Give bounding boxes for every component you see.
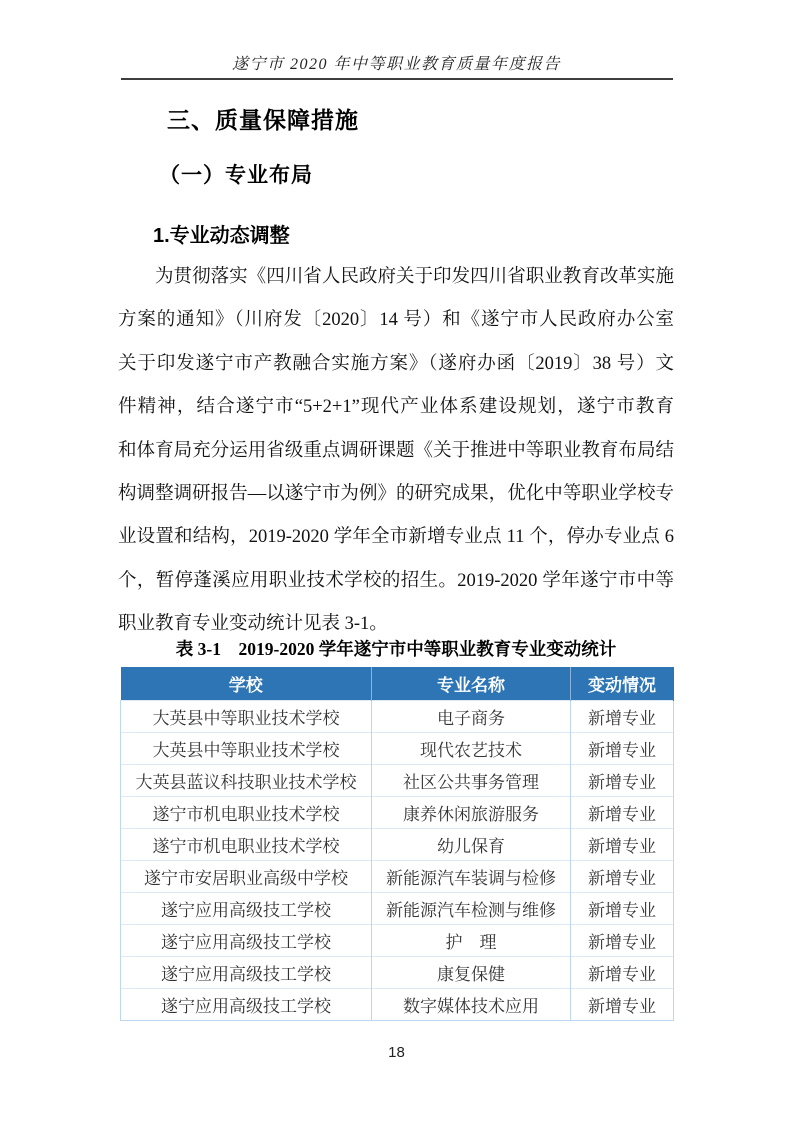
table-row: 大英县中等职业技术学校 现代农艺技术 新增专业 <box>121 733 674 765</box>
cell-major: 新能源汽车装调与检修 <box>372 861 571 893</box>
cell-school: 遂宁应用高级技工学校 <box>121 893 372 925</box>
cell-change: 新增专业 <box>571 733 674 765</box>
table-row: 遂宁应用高级技工学校 护 理 新增专业 <box>121 925 674 957</box>
header-cell-major: 专业名称 <box>372 667 571 701</box>
table-row: 遂宁应用高级技工学校 康复保健 新增专业 <box>121 957 674 989</box>
cell-change: 新增专业 <box>571 829 674 861</box>
cell-change: 新增专业 <box>571 765 674 797</box>
cell-major: 护 理 <box>372 925 571 957</box>
cell-major: 新能源汽车检测与维修 <box>372 893 571 925</box>
paragraph-line: 构调整调研报告—以遂宁市为例》的研究成果，优化中等职业学校专 <box>118 473 674 516</box>
page-number: 18 <box>0 1044 793 1061</box>
table-row: 遂宁市机电职业技术学校 康养休闲旅游服务 新增专业 <box>121 797 674 829</box>
header-cell-school: 学校 <box>121 667 372 701</box>
document-page: 遂宁市 2020 年中等职业教育质量年度报告 三、质量保障措施 （一）专业布局 … <box>0 0 793 1122</box>
table-row: 大英县蓝议科技职业技术学校 社区公共事务管理 新增专业 <box>121 765 674 797</box>
cell-major: 康复保健 <box>372 957 571 989</box>
section-heading: 三、质量保障措施 <box>167 102 359 135</box>
table-row: 遂宁应用高级技工学校 数字媒体技术应用 新增专业 <box>121 989 674 1021</box>
cell-school: 遂宁应用高级技工学校 <box>121 925 372 957</box>
paragraph-line: 件精神，结合遂宁市“5+2+1”现代产业体系建设规划，遂宁市教育 <box>118 386 674 429</box>
table-caption: 表 3-1 2019-2020 学年遂宁市中等职业教育专业变动统计 <box>118 636 674 661</box>
paragraph-line: 业设置和结构，2019-2020 学年全市新增专业点 11 个，停办专业点 6 <box>118 516 674 559</box>
table-header-row: 学校 专业名称 变动情况 <box>121 667 674 701</box>
cell-major: 康养休闲旅游服务 <box>372 797 571 829</box>
item-heading: 1.专业动态调整 <box>153 219 290 248</box>
cell-change: 新增专业 <box>571 957 674 989</box>
cell-change: 新增专业 <box>571 701 674 733</box>
header-rule <box>121 78 673 80</box>
cell-school: 遂宁市机电职业技术学校 <box>121 797 372 829</box>
cell-school: 遂宁应用高级技工学校 <box>121 957 372 989</box>
paragraph-line: 个，暂停蓬溪应用职业技术学校的招生。2019-2020 学年遂宁市中等 <box>118 560 674 603</box>
cell-school: 遂宁市机电职业技术学校 <box>121 829 372 861</box>
cell-school: 遂宁市安居职业高级中学校 <box>121 861 372 893</box>
paragraph-line: 为贯彻落实《四川省人民政府关于印发四川省职业教育改革实施 <box>118 256 674 299</box>
cell-school: 大英县蓝议科技职业技术学校 <box>121 765 372 797</box>
cell-major: 幼儿保育 <box>372 829 571 861</box>
cell-school: 遂宁应用高级技工学校 <box>121 989 372 1021</box>
cell-change: 新增专业 <box>571 797 674 829</box>
subsection-heading: （一）专业布局 <box>159 159 313 189</box>
paragraph-line: 关于印发遂宁市产教融合实施方案》（遂府办函〔2019〕38 号）文 <box>118 343 674 386</box>
paragraph-line: 方案的通知》（川府发〔2020〕14 号）和《遂宁市人民政府办公室 <box>118 299 674 342</box>
cell-change: 新增专业 <box>571 893 674 925</box>
cell-change: 新增专业 <box>571 925 674 957</box>
cell-major: 电子商务 <box>372 701 571 733</box>
header-cell-change: 变动情况 <box>571 667 674 701</box>
cell-major: 社区公共事务管理 <box>372 765 571 797</box>
table-row: 大英县中等职业技术学校 电子商务 新增专业 <box>121 701 674 733</box>
table-row: 遂宁市安居职业高级中学校 新能源汽车装调与检修 新增专业 <box>121 861 674 893</box>
running-header-title: 遂宁市 2020 年中等职业教育质量年度报告 <box>0 51 793 74</box>
cell-major: 现代农艺技术 <box>372 733 571 765</box>
cell-change: 新增专业 <box>571 989 674 1021</box>
body-paragraph: 为贯彻落实《四川省人民政府关于印发四川省职业教育改革实施 方案的通知》（川府发〔… <box>118 256 674 647</box>
table-row: 遂宁市机电职业技术学校 幼儿保育 新增专业 <box>121 829 674 861</box>
cell-school: 大英县中等职业技术学校 <box>121 701 372 733</box>
cell-school: 大英县中等职业技术学校 <box>121 733 372 765</box>
majors-change-table: 学校 专业名称 变动情况 大英县中等职业技术学校 电子商务 新增专业 大英县中等… <box>120 667 674 1021</box>
cell-major: 数字媒体技术应用 <box>372 989 571 1021</box>
paragraph-line: 和体育局充分运用省级重点调研课题《关于推进中等职业教育布局结 <box>118 430 674 473</box>
cell-change: 新增专业 <box>571 861 674 893</box>
table-row: 遂宁应用高级技工学校 新能源汽车检测与维修 新增专业 <box>121 893 674 925</box>
